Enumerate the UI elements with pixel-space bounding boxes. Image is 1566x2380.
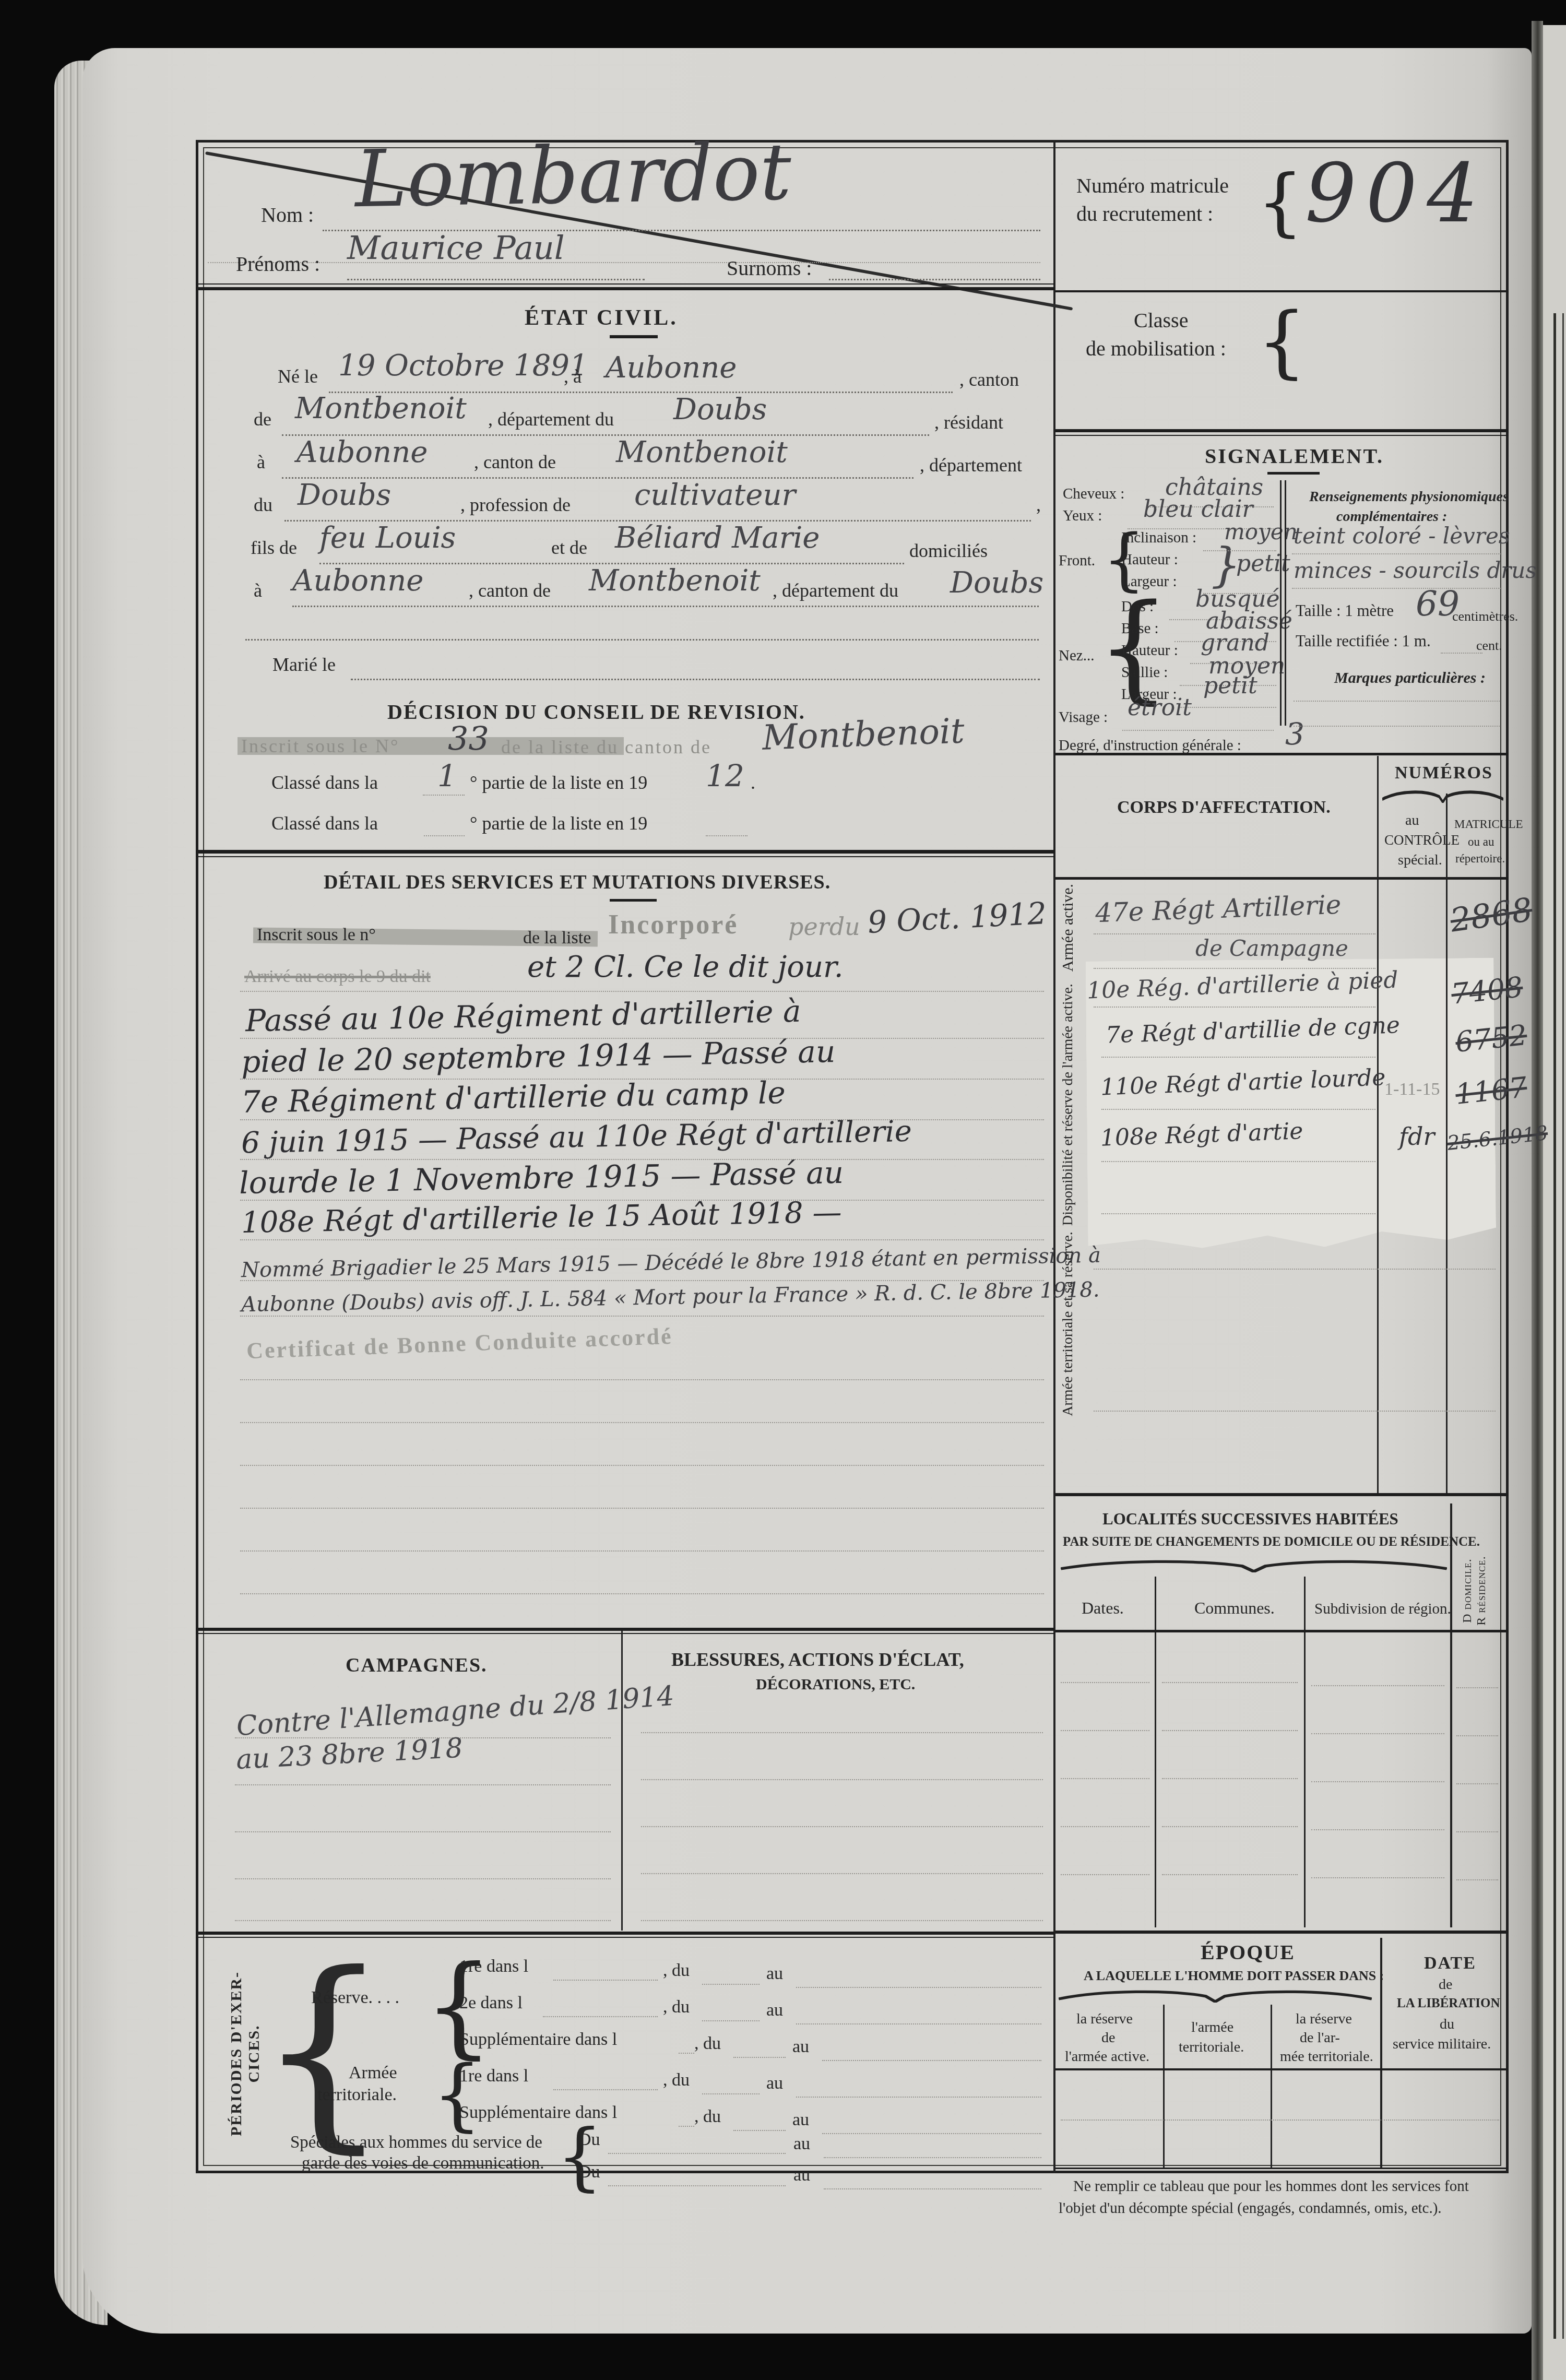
localites-domicile-text: D domicile. [1461, 1515, 1475, 1666]
epoque-c3b: de l'ar- [1300, 2030, 1340, 2046]
decision-classe2-a: Classé dans la [271, 812, 378, 834]
sig-front: Front. [1059, 552, 1095, 570]
sig-dos: Dos : [1121, 598, 1154, 615]
periodes-spec-label-1: Spéciales aux hommes du service de [290, 2133, 542, 2152]
sig-rens-1: Renseignements physionomiques [1309, 489, 1509, 505]
localites-communes-header: Communes. [1194, 1598, 1275, 1618]
periodes-t1: 1re dans l [459, 2066, 528, 2086]
ec-a1-value: Aubonne [606, 351, 737, 385]
localites-header-rule [1055, 1630, 1509, 1632]
epoque-note-2: l'objet d'un décompte spécial (engagés, … [1059, 2200, 1442, 2217]
blessures-title-1: BLESSURES, ACTIONS D'ÉCLAT, [671, 1649, 964, 1671]
ec-canton: , canton [959, 369, 1019, 390]
epoque-c2b: territoriale. [1179, 2039, 1244, 2056]
services-underline [610, 899, 657, 902]
dispo-text: Disponibilité et réserve de l'armée acti… [1060, 984, 1076, 1226]
epoque-col-line-1 [1163, 2005, 1165, 2168]
services-stamp-incorpore: Incorporé [608, 909, 738, 940]
ec-residant: , résidant [934, 411, 1003, 433]
ec-de-value: Montbenoit [295, 392, 467, 425]
corps-col1-1: au [1405, 812, 1419, 829]
decision-bottom-rule [196, 850, 1054, 854]
numero-matricule-label-2: du recrutement : [1076, 202, 1213, 226]
classe-label-1: Classe [1134, 308, 1188, 333]
nom-value: Lombardot [354, 127, 792, 226]
etat-civil-title: ÉTAT CIVIL. [525, 305, 678, 330]
classe-bottom-rule-2 [1055, 435, 1509, 436]
ec-dept3: , département du [773, 579, 898, 601]
periodes-s1-au: au [793, 2134, 810, 2154]
epoque-c4e: service militaire. [1393, 2036, 1491, 2053]
epoque-c1b: de [1101, 2030, 1115, 2046]
prenoms-rule [347, 278, 645, 280]
periodes-s2-au: au [793, 2165, 810, 2185]
epoque-c4c: LA LIBÉRATION [1397, 1996, 1500, 2011]
sig-yeux: Yeux : [1063, 507, 1102, 525]
periodes-s2-du: Du [578, 2162, 600, 2182]
ec-canton2-value: Montbenoit [616, 435, 788, 469]
campagnes-top-rule-2 [196, 1633, 1054, 1634]
localites-subdivision-header: Subdivision de région. [1314, 1601, 1451, 1618]
decision-classe1-b: ° partie de la liste en 19 [470, 772, 647, 794]
ec-canton3: , canton de [469, 579, 551, 601]
decision-inscrit-canton-value: Montbenoit [762, 711, 965, 757]
next-page-frame-line [1553, 313, 1556, 2339]
sig-nez-hauteur: Hauteur : [1121, 642, 1178, 659]
decision-bottom-rule-2 [196, 856, 1054, 857]
sig-cheveux: Cheveux : [1063, 486, 1124, 503]
sig-base: Base : [1121, 620, 1159, 637]
campagnes-title: CAMPAGNES. [346, 1654, 488, 1677]
periodes-r3-du: , du [694, 2034, 721, 2054]
periodes-outer-brace: { [257, 1946, 390, 2155]
sig-degre: Degré, d'instruction générale : [1059, 737, 1241, 754]
sig-marques: Marques particulières : [1334, 669, 1486, 687]
book-gutter-shadow [1532, 21, 1543, 2380]
signalement-bottom-rule [1055, 753, 1509, 755]
periodes-r3: Supplémentaire dans l [459, 2030, 617, 2050]
name-block-bottom-rule [196, 283, 1054, 285]
ec-rule-7 [245, 638, 1039, 641]
epoque-col-line-2 [1271, 2005, 1272, 2168]
localites-brace-ornament [1061, 1559, 1447, 1572]
corps-col2-3: répertoire. [1455, 852, 1505, 866]
sig-saillie: Saillie : [1121, 664, 1168, 681]
classe-brace: { [1257, 303, 1307, 381]
armee-active-text: Armée active. [1059, 884, 1076, 972]
corps-col2-2: ou au [1468, 835, 1494, 849]
periodes-r1-du: , du [663, 1961, 690, 1981]
epoque-bottom-rule [1055, 2168, 1509, 2169]
sig-nez-largeur-value: petit [1203, 672, 1257, 699]
ec-du-value: Doubs [298, 478, 391, 512]
periodes-r1-au: au [766, 1964, 783, 1984]
etat-civil-underline [610, 335, 658, 338]
epoque-c1a: la réserve [1076, 2011, 1133, 2028]
scanned-register-page: Nom : Lombardot Prénoms : Maurice Paul S… [0, 0, 1566, 2380]
localites-title-2: PAR SUITE DE CHANGEMENTS DE DOMICILE OU … [1063, 1535, 1480, 1549]
sig-rens-value-1: teint coloré - lèvres [1294, 523, 1510, 549]
epoque-c3a: la réserve [1296, 2011, 1352, 2028]
periodes-terr-label-1: Armée [349, 2063, 397, 2083]
periodes-r2: 2e dans l [459, 1993, 523, 2013]
periodes-side-label-1: PÉRIODES D'EXER- [228, 1960, 245, 2148]
corps-row-1-name2: de Campagne [1195, 936, 1348, 961]
decision-inscrit-stamp-a: Inscrit sous le N° [241, 735, 399, 757]
classe-bottom-rule [1055, 429, 1509, 432]
corps-header-rule [1055, 877, 1509, 880]
periodes-t1-au: au [766, 2074, 783, 2093]
services-stamp-perdu: perdu [788, 913, 860, 941]
ec-de: de [254, 408, 271, 430]
prenoms-label: Prénoms : [236, 252, 320, 276]
sig-nez: Nez... [1059, 647, 1094, 665]
sig-taille-rect-cm: cent. [1476, 638, 1502, 654]
sig-visage: Visage : [1059, 709, 1108, 726]
corps-title: CORPS D'AFFECTATION. [1117, 798, 1331, 818]
ec-rule-6 [292, 605, 1039, 607]
services-inscrit-a: Inscrit sous le n° [257, 925, 376, 945]
ec-ne-le: Né le [278, 365, 318, 387]
ec-canton3-value: Montbenoit [589, 564, 761, 598]
decision-classe1-point: . [751, 772, 755, 794]
localites-dates-header: Dates. [1082, 1598, 1124, 1618]
numero-matricule-value: 904 [1305, 146, 1488, 241]
ec-domicilies: domiciliés [909, 540, 988, 562]
blessures-title-2: DÉCORATIONS, ETC. [756, 1676, 915, 1694]
services-inscrit-b: de la liste [523, 928, 591, 948]
ec-dept3-value: Doubs [950, 566, 1043, 600]
epoque-title: ÉPOQUE [1201, 1940, 1295, 1964]
periodes-r2-du: , du [663, 1997, 690, 2017]
signalement-divider [1280, 480, 1282, 726]
epoque-c2a: l'armée [1191, 2019, 1233, 2036]
ec-dept2: , département [920, 454, 1022, 476]
dispo-label: Disponibilité et réserve de l'armée acti… [1060, 979, 1076, 1230]
ec-virgule: , [1036, 494, 1041, 516]
signalement-underline [1267, 472, 1320, 475]
periodes-r2-au: au [766, 2000, 783, 2020]
epoque-c1c: l'armée active. [1065, 2049, 1149, 2065]
epoque-c4b: de [1439, 1976, 1452, 1993]
ec-etde-value: Béliard Marie [615, 521, 820, 555]
localites-col-line-3 [1450, 1503, 1452, 1927]
epoque-c4a: DATE [1424, 1953, 1476, 1973]
localites-col-line-2 [1304, 1577, 1306, 1927]
numero-matricule-label-1: Numéro matricule [1076, 173, 1229, 198]
sig-taille: Taille : 1 mètre [1296, 601, 1394, 620]
periodes-t2-au: au [792, 2110, 809, 2130]
numero-brace: { [1257, 166, 1303, 239]
localites-col-line-1 [1155, 1577, 1156, 1927]
sig-inclinaison: Inclinaison : [1121, 529, 1196, 547]
localites-dr-label: D domicile. R résidence. [1461, 1515, 1489, 1666]
decision-inscrit-value: 33 [448, 719, 489, 757]
ec-dept1-value: Doubs [673, 393, 767, 427]
corps-row-5-ctrl: fdr [1399, 1122, 1434, 1151]
ec-etde: et de [551, 537, 587, 559]
sig-rens-value-2: minces - sourcils drus [1294, 558, 1537, 583]
name-block-bottom-rule-heavy [196, 287, 1054, 290]
campagnes-top-rule [196, 1628, 1054, 1631]
periodes-reserve-label: Réserve. . . . [311, 1988, 399, 2008]
terr-text: Armée territoriale et sa réserve. [1060, 1232, 1076, 1416]
ec-du: du [254, 494, 272, 516]
ec-profession-value: cultivateur [634, 478, 796, 512]
decision-classe1-c: 12 [706, 758, 744, 794]
epoque-header-rule [1055, 2068, 1509, 2070]
periodes-spec-label-2: garde des voies de communication. [302, 2154, 544, 2173]
localites-title-1: LOCALITÉS SUCCESSIVES HABITÉES [1102, 1510, 1398, 1529]
periodes-t2-du: , du [694, 2107, 721, 2127]
epoque-col-line-3 [1380, 1938, 1382, 2168]
surnoms-label: Surnoms : [727, 256, 812, 280]
classe-label-2: de mobilisation : [1086, 336, 1226, 361]
services-arrive-hw: et 2 Cl. Ce le dit jour. [527, 950, 844, 984]
services-arrive: Arrivé au corps le 9 du dit [244, 967, 431, 987]
ec-profession: , profession de [460, 494, 571, 516]
next-page-frame-line-2 [1562, 313, 1564, 2339]
prenoms-value: Maurice Paul [347, 229, 565, 267]
ec-a2-value: Aubonne [296, 435, 428, 469]
periodes-s1-du: Du [578, 2130, 600, 2150]
sig-taille-cm: centimètres. [1452, 609, 1518, 624]
nom-rule-2 [208, 261, 1040, 263]
campagnes-blessures-divider [621, 1631, 623, 1931]
ec-ne-le-value: 19 Octobre 1891 [338, 349, 588, 383]
corps-row-4-ctrl: 1-11-15 [1384, 1080, 1440, 1099]
ec-fils-value: feu Louis [319, 521, 456, 555]
decision-inscrit-stamp-b: de la liste du canton de [501, 736, 711, 758]
numero-bottom-rule [1055, 290, 1509, 292]
epoque-subtitle: A LAQUELLE L'HOMME DOIT PASSER DANS : [1084, 1968, 1384, 1984]
numeros-brace-ornament [1382, 789, 1503, 803]
localites-residence-text: R résidence. [1475, 1515, 1489, 1666]
signalement-title: SIGNALEMENT. [1205, 444, 1384, 468]
corps-ctrl-divider [1377, 756, 1379, 1493]
services-title: DÉTAIL DES SERVICES ET MUTATIONS DIVERSE… [324, 871, 831, 894]
ec-a3-value: Aubonne [292, 564, 423, 598]
ec-canton2: , canton de [474, 451, 556, 473]
sig-taille-rect: Taille rectifiée : 1 m. [1296, 632, 1431, 650]
numeros-header: NUMÉROS [1395, 763, 1493, 783]
corps-col1-2: CONTRÔLE [1384, 832, 1460, 848]
epoque-c3c: mée territoriale. [1280, 2049, 1373, 2065]
epoque-top-rule [1055, 1931, 1509, 1934]
decision-classe1-value: 1 [437, 758, 457, 794]
ec-a2: à [257, 451, 265, 473]
periodes-r1: 1re dans l [459, 1957, 528, 1976]
epoque-brace-ornament [1059, 1989, 1372, 2003]
epoque-c4d: du [1440, 2016, 1454, 2033]
periodes-t1-du: , du [663, 2070, 690, 2090]
sig-visage-value: étroit [1128, 694, 1192, 721]
periodes-terr-label-2: territoriale. [317, 2085, 397, 2105]
sig-front-value: petit [1236, 550, 1290, 577]
signalement-divider-2 [1285, 480, 1286, 726]
nom-label: Nom : [261, 203, 314, 227]
ec-marie: Marié le [272, 654, 336, 676]
periodes-r3-au: au [792, 2037, 809, 2057]
main-column-divider [1053, 140, 1055, 2173]
sig-degre-value: 3 [1285, 716, 1304, 752]
ec-a1: , à [564, 365, 582, 387]
localites-top-rule [1055, 1493, 1509, 1496]
surnoms-rule [829, 278, 1040, 280]
decision-classe2-b: ° partie de la liste en 19 [470, 812, 647, 834]
ec-marie-rule [351, 678, 1040, 680]
sig-hauteur: Hauteur : [1121, 551, 1178, 569]
epoque-note-1: Ne remplir ce tableau que pour les homme… [1073, 2178, 1469, 2195]
corps-col2-1: MATRICULE [1454, 818, 1523, 831]
ec-a3: à [254, 579, 262, 601]
armee-active-label: Armée active. [1059, 855, 1077, 1001]
ec-fils: fils de [251, 537, 297, 559]
decision-classe1-a: Classé dans la [271, 772, 378, 794]
corps-col1-3: spécial. [1398, 852, 1442, 869]
terr-label: Armée territoriale et sa réserve. [1060, 1225, 1076, 1423]
ec-dept1: , département du [488, 408, 614, 430]
